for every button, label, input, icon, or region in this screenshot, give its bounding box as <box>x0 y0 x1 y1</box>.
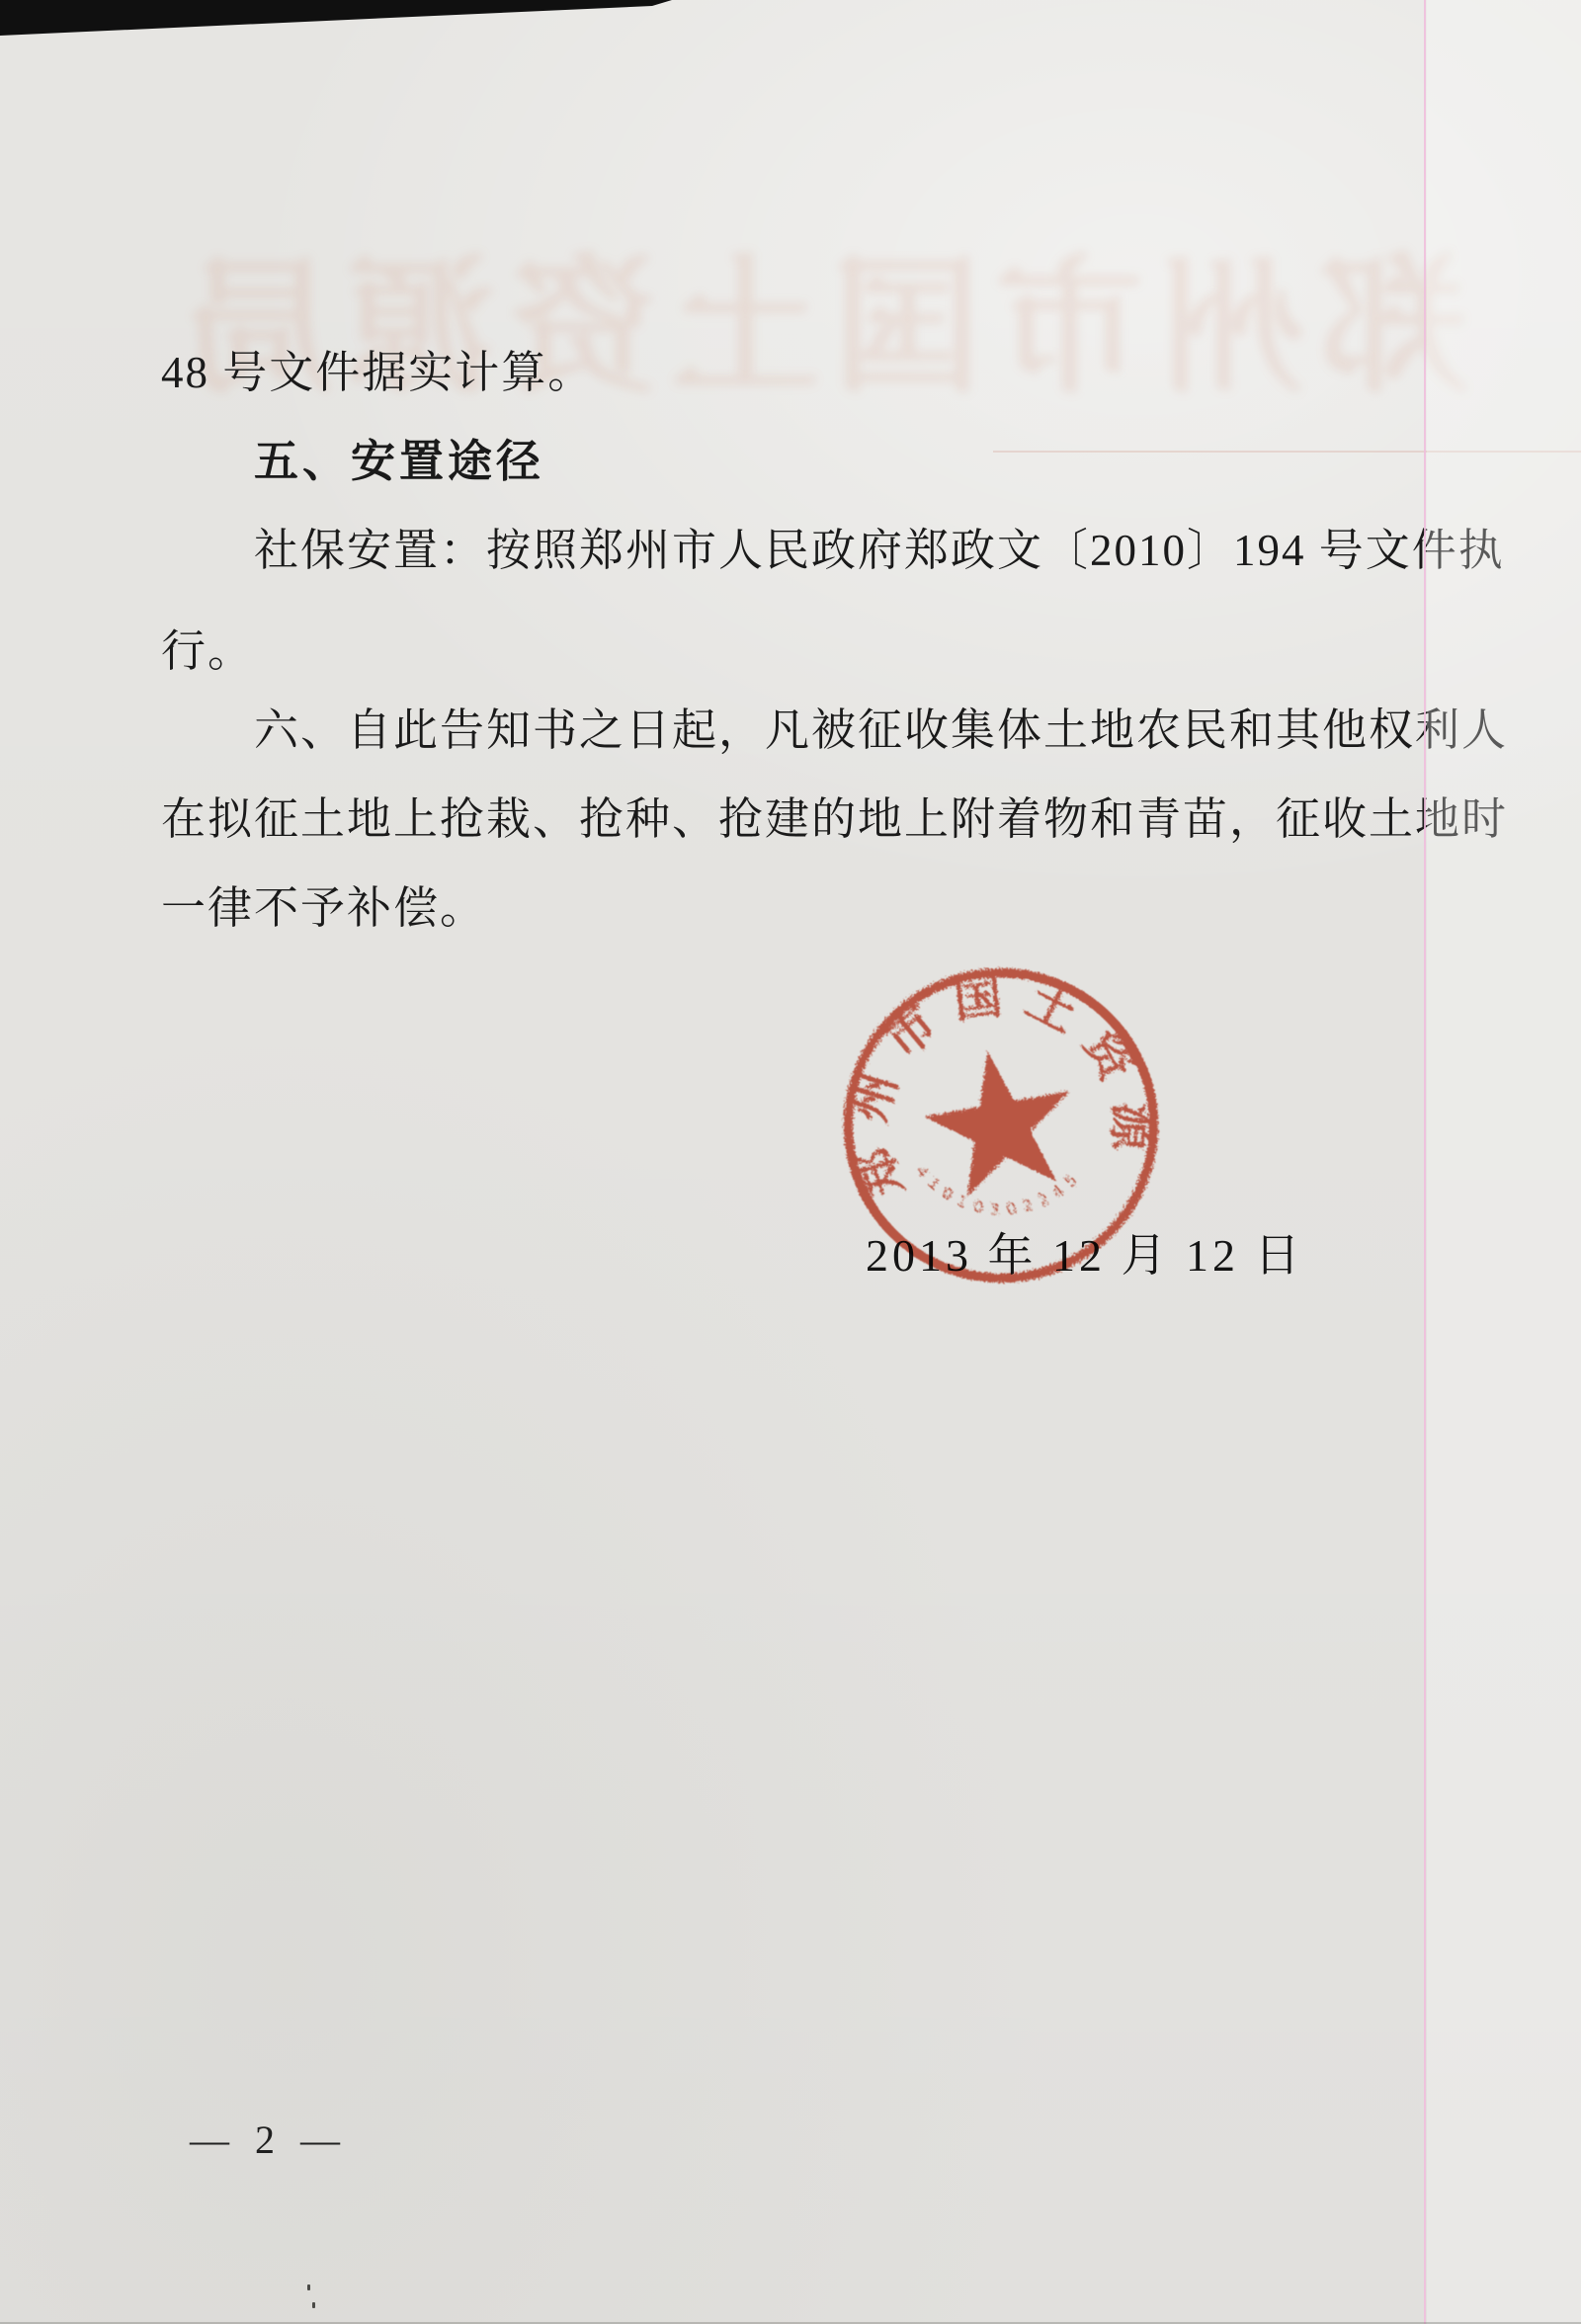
scan-fold-line <box>1424 0 1426 2324</box>
ink-speck <box>307 2284 310 2290</box>
body-line-3: 行。 <box>161 615 254 679</box>
page-number: — 2 — <box>190 2116 348 2163</box>
section-heading-6: 六、自此告知书之日起，凡被征收集体土地农民和其他权利人 <box>254 694 1508 758</box>
ink-speck <box>312 2302 315 2308</box>
seal-star-icon <box>924 1051 1069 1198</box>
section-heading-5: 五、安置途径 <box>254 425 544 489</box>
body-line-2: 社保安置：按照郑州市人民政府郑政文〔2010〕194 号文件执 <box>254 514 1505 578</box>
official-red-seal: 郑州市国土资源局 41010302245 <box>836 960 1166 1290</box>
body-line-4: 在拟征土地上抢栽、抢种、抢建的地上附着物和青苗，征收土地时 <box>161 783 1508 847</box>
body-line-5: 一律不予补偿。 <box>161 871 486 936</box>
paper-crease <box>993 451 1581 453</box>
seal-serial-number: 41010302245 <box>912 1162 1086 1219</box>
scanner-edge-artifact <box>0 0 672 40</box>
right-margin-strip <box>1427 0 1581 2324</box>
body-line-1: 48 号文件据实计算。 <box>161 336 594 400</box>
